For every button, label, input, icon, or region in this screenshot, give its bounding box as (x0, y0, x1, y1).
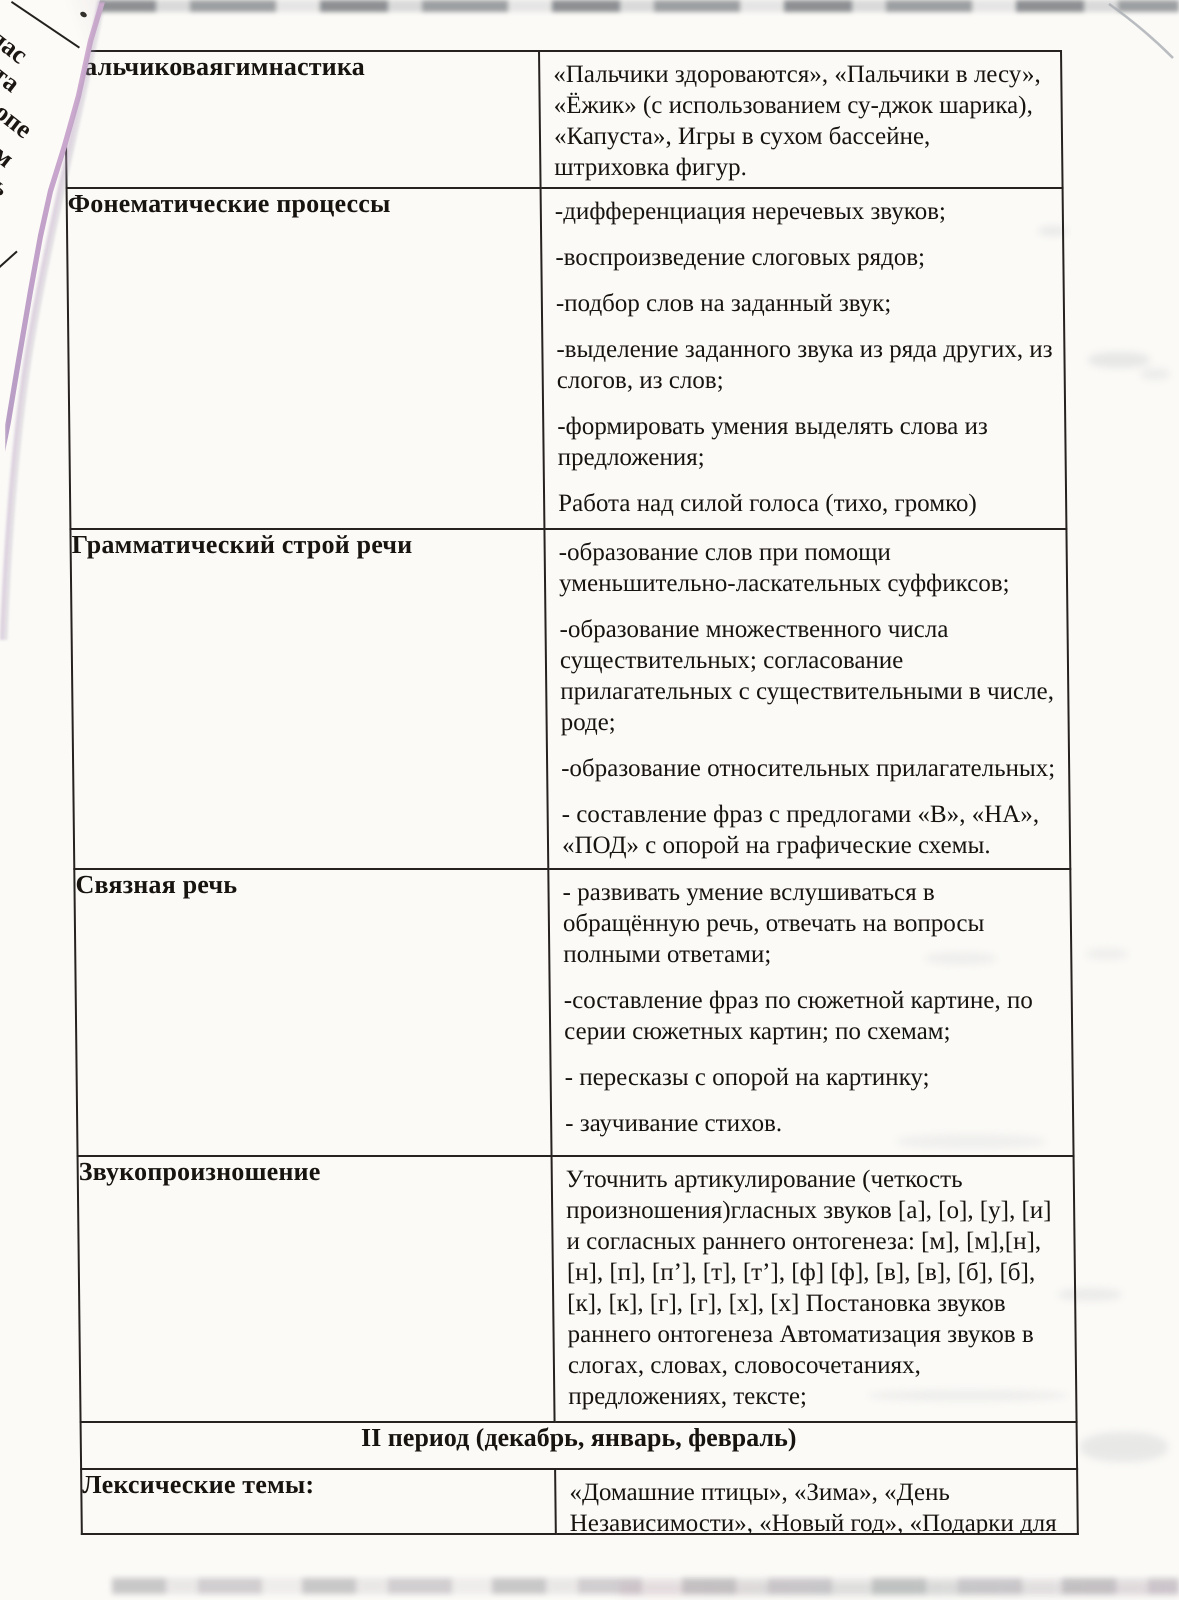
table-row: Лексические темы: «Домашние птицы», «Зим… (81, 1469, 1078, 1534)
row-header: Грамматический строй речи (71, 530, 412, 559)
row-header-cell: альчиковаягимнастика (65, 51, 541, 188)
cell-paragraph: - составление фраз с предлогами «В», «НА… (561, 799, 1059, 861)
row-header-cell: Лексические темы: (81, 1469, 556, 1534)
row-header: Лексические темы: (82, 1470, 314, 1499)
cell-paragraph: -воспроизведение слоговых рядов; (555, 242, 1052, 273)
cell-paragraph: -формировать умения выделять слова из пр… (557, 411, 1055, 473)
section-row: II период (декабрь, январь, февраль) (81, 1422, 1078, 1469)
overlay-text-fragment: гопе (0, 90, 38, 145)
cell-paragraph: -образование множественного числа сущест… (559, 614, 1057, 738)
cell-paragraph: Работа над силой голоса (тихо, громко) (558, 488, 1055, 519)
cell-paragraph: - заучивание стихов. (565, 1108, 1062, 1139)
row-content-cell: -образование слов при помощи уменьшитель… (544, 529, 1070, 869)
plan-table: альчиковаягимнастика «Пальчики здоровают… (64, 50, 1079, 1535)
row-header-cell: Грамматический строй речи (70, 529, 548, 869)
scan-smudge (1086, 948, 1128, 960)
section-label-cell: II период (декабрь, январь, февраль) (81, 1422, 1078, 1469)
row-content-cell: «Домашние птицы», «Зима», «День Независи… (555, 1469, 1078, 1534)
row-content-cell: Уточнить артикулирование (четкость произ… (552, 1156, 1077, 1422)
table-row: Грамматический строй речи -образование с… (70, 529, 1070, 869)
row-header: Звукопроизношение (79, 1157, 321, 1186)
row-content-cell: - развивать умение вслушиваться в обращё… (548, 869, 1073, 1156)
section-label: II период (декабрь, январь, февраль) (361, 1423, 797, 1452)
cell-paragraph: -дифференциация неречевых звуков; (555, 196, 1052, 227)
row-header: Связная речь (75, 870, 237, 899)
cell-paragraph: -образование относительных прилагательны… (561, 753, 1058, 784)
page-curl-line (1095, 0, 1179, 70)
row-header-cell: Связная речь (74, 869, 551, 1156)
row-content: -образование слов при помощи уменьшитель… (545, 530, 1069, 861)
plan-table-wrapper: альчиковаягимнастика «Пальчики здоровают… (64, 50, 1077, 1535)
row-content: «Домашние птицы», «Зима», «День Независи… (556, 1470, 1077, 1533)
overlay-text-fragment: ть (0, 166, 13, 202)
row-header-cell: Звукопроизношение (78, 1156, 555, 1422)
table-row: Связная речь - развивать умение вслушива… (74, 869, 1073, 1156)
table-row: альчиковаягимнастика «Пальчики здоровают… (65, 51, 1063, 188)
row-header: альчиковаягимнастика (84, 52, 365, 81)
cell-paragraph: -составление фраз по сюжетной картине, п… (564, 985, 1062, 1047)
cell-paragraph: -образование слов при помощи уменьшитель… (559, 537, 1057, 599)
row-content-cell: «Пальчики здороваются», «Пальчики в лесу… (539, 51, 1063, 188)
scan-smudge (1080, 1432, 1168, 1462)
row-content: «Пальчики здороваются», «Пальчики в лесу… (540, 52, 1061, 183)
row-header: Фонематические процессы (68, 189, 391, 218)
overlay-ink-dot (79, 11, 88, 19)
scan-smudge (1140, 368, 1170, 380)
row-content: -дифференциация неречевых звуков;-воспро… (542, 189, 1066, 519)
scan-artifact-bottom-band (112, 1578, 1179, 1594)
cell-paragraph: - пересказы с опорой на картинку; (564, 1062, 1061, 1093)
overlay-text-fragment: , (0, 202, 6, 226)
cell-paragraph: - развивать умение вслушиваться в обращё… (562, 877, 1060, 970)
cell-paragraph: Уточнить артикулирование (четкость произ… (566, 1164, 1066, 1412)
row-content: Уточнить артикулирование (четкость произ… (553, 1157, 1076, 1412)
table-row: Звукопроизношение Уточнить артикулирован… (78, 1156, 1077, 1422)
overlay-border-mark (0, 251, 18, 270)
cell-paragraph: -выделение заданного звука из ряда други… (556, 334, 1054, 396)
scan-artifact-top-band (88, 0, 1179, 12)
table-row: Фонематические процессы -дифференциация … (67, 188, 1067, 529)
row-content-cell: -дифференциация неречевых звуков;-воспро… (541, 188, 1067, 529)
cell-paragraph: -подбор слов на заданный звук; (556, 288, 1053, 319)
scanned-document-page: альчиковаягимнастика «Пальчики здоровают… (0, 0, 1179, 1600)
scan-smudge (1088, 352, 1150, 368)
row-content: - развивать умение вслушиваться в обращё… (549, 870, 1072, 1139)
row-header-cell: Фонематические процессы (67, 188, 545, 529)
scan-artifact-bottom-tint (620, 1582, 1179, 1596)
cell-paragraph: «Пальчики здороваются», «Пальчики в лесу… (553, 59, 1051, 183)
cell-paragraph: «Домашние птицы», «Зима», «День Независи… (569, 1477, 1067, 1533)
